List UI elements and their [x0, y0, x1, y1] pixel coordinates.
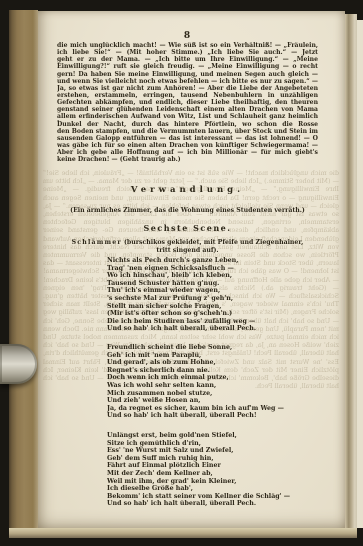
verse-line: Nichts als Pech durch's ganze Leben,	[107, 257, 318, 265]
monologue-line: gern! Da haben Sie meine Einwilligung, u…	[57, 71, 318, 78]
song-stanza-3: Unlängst erst, beim gold'nen Stiefel, Si…	[107, 432, 318, 508]
monologue-line: erstehen, erstammeln, erringen, tausend …	[57, 92, 318, 99]
monologue-line: Gefechten abkämpfen, und endlich, dieser…	[57, 99, 318, 106]
verse-line: Und so hab' ich halt überall, überall Pe…	[107, 412, 318, 420]
verse-line: Stellt man sicher solche Fragen,	[107, 303, 318, 311]
verse-line: Mit der Zech' dem Kellner ab,	[107, 470, 318, 478]
book-page: die mich unglücklich macht! — Wie süß is…	[38, 11, 345, 528]
scene-heading: Sechste Scene.	[57, 223, 318, 233]
stage-direction-continued: tritt singend auf).	[57, 247, 318, 254]
verse-line: Freundlich scheint die liebe Sonne,	[107, 344, 318, 352]
monologue-line: ich liebe Sie!“ — (Mit hoher Stimme.) „I…	[57, 49, 318, 56]
verse-line: Und zieh' weiße Hosen an,	[107, 397, 318, 405]
monologue-line: die mich unglücklich macht! — Wie süß is…	[57, 42, 318, 49]
verse-line: Doch wenn ich mich einmal putze,	[107, 374, 318, 382]
monologue-line: sausenden Galopp entführen — das ist int…	[57, 135, 318, 142]
monologue-line: Aber ich gebe alle Hoffnung auf — ich bi…	[57, 149, 318, 156]
verse-line: Und gerad', als ob zum Hohne,	[107, 359, 318, 367]
verse-line: Und so hab' ich halt überall, überall Pe…	[107, 500, 318, 508]
verse-line: 's sechste Mal zur Prüfung z' geh'n,	[107, 295, 318, 303]
monologue-line: keine Drachen! — (Geht traurig ab.)	[57, 156, 318, 163]
verse-line: Geh' ich mit 'nem Paraplü,	[107, 352, 318, 360]
monologue-line: was gäbe ich für so einen alten Drachen …	[57, 142, 318, 149]
page-number: 8	[57, 31, 318, 41]
stage-direction: Schlämmer (burschikos gekleidet, mit Pfe…	[57, 239, 318, 246]
monologue-line: Ja, so etwas ist gar nicht zum Anhören! …	[57, 85, 318, 92]
monologue-line: geht er zu der Mama. — „Ich bitte um Ihr…	[57, 56, 318, 63]
verse-line: Sitze ich gemüthlich d'rin,	[107, 440, 318, 448]
speaker-name: Schlämmer	[72, 239, 122, 246]
transformation-heading: Verwandlung.	[57, 185, 318, 195]
monologue-line: Dunkel der Nacht, durch das hintere Pför…	[57, 121, 318, 128]
verse-line: Mich zusammen nobel stutze,	[107, 390, 318, 398]
verse-line: Tausend Schuster hätten g'nug.	[107, 280, 318, 288]
verse-line: Ess' 'ne Wurst mit Salz und Zwiefel,	[107, 447, 318, 455]
verse-line: Bekomm' ich statt seiner vom Kellner die…	[107, 493, 318, 501]
fore-edge-right	[345, 14, 357, 528]
verse-line: Wo ich hinschau', bleib' ich kleben,	[107, 272, 318, 280]
verse-line: Regnet's sicherlich dann nie.	[107, 367, 318, 375]
monologue-line: den Boden stampfen, und die Vermummten l…	[57, 128, 318, 135]
verse-line: Trag' 'nen eignen Schicksalsfluch —	[107, 265, 318, 273]
verse-line: Ja, da regnet es sicher, kaum bin ich au…	[107, 405, 318, 413]
verse-line: Was ich wohl sehr selten kann,	[107, 382, 318, 390]
next-page-edge	[357, 20, 363, 528]
page-edge-left	[9, 10, 38, 537]
monologue-line: genstand seiner glühenden Leidenschaft e…	[57, 106, 318, 113]
verse-line: Thu' ich's einmal wieder wagen,	[107, 287, 318, 295]
verse-line: Fährt auf Einmal plötzlich Einer	[107, 462, 318, 470]
verse-line: Und so hab' ich halt überall, überall Pe…	[107, 325, 318, 333]
bottom-page-edges	[9, 528, 357, 538]
verse-line: Unlängst erst, beim gold'nen Stiefel,	[107, 432, 318, 440]
monologue-line: und wenn Sie vielleicht noch etwas befeh…	[57, 78, 318, 85]
stage-direction-text: (burschikos gekleidet, mit Pfeife und Zi…	[124, 239, 303, 246]
monologue: die mich unglücklich macht! — Wie süß is…	[57, 42, 318, 163]
verse-line: Ich dieselbe Größe hab',	[107, 485, 318, 493]
song-stanza-1: Nichts als Pech durch's ganze Leben, Tra…	[107, 257, 318, 333]
verse-line: Weil mit ihm, der grad' kein Kleiner,	[107, 478, 318, 486]
setting-direction: (Ein ärmliches Zimmer, das die Wohnung e…	[57, 207, 318, 214]
song-stanza-2: Freundlich scheint die liebe Sonne, Geh'…	[107, 344, 318, 420]
verse-line: Die ich beim Studiren lass' zufällig weg…	[107, 318, 318, 326]
monologue-line: Einwilligung?!“ ruft sie gleich freudig.…	[57, 63, 318, 70]
verse-line: (Mir ist's öfter schon so g'scheh'n.)	[107, 310, 318, 318]
monologue-line: allem erfinderischen Aufwand von Witz, L…	[57, 113, 318, 120]
verse-line: Geb' dem Suff mich ruhig hin,	[107, 455, 318, 463]
